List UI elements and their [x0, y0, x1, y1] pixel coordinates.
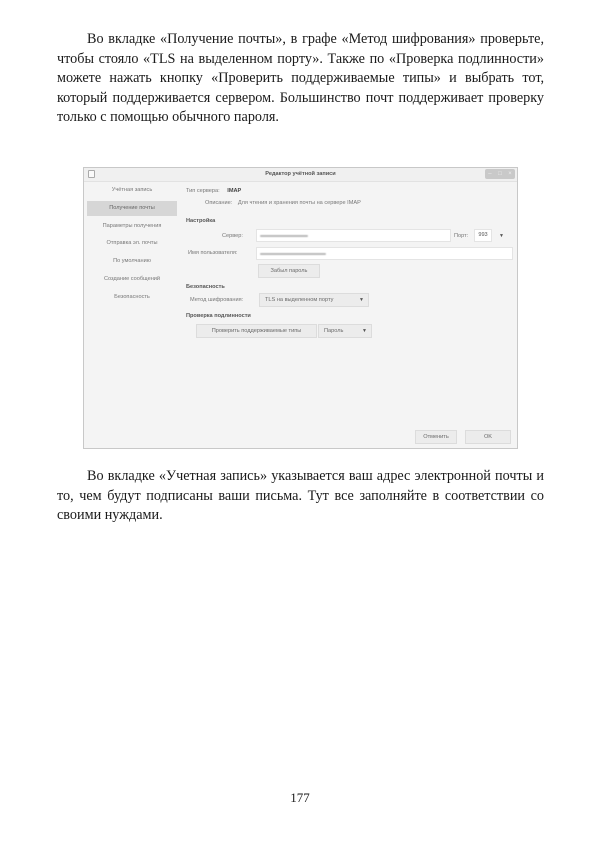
username-label: Имя пользователя: [188, 250, 237, 256]
chevron-down-icon: ▼ [362, 325, 367, 337]
check-supported-types-button[interactable]: Проверить поддерживаемые типы [196, 324, 317, 338]
encryption-method-dropdown[interactable]: TLS на выделенном порту ▼ [259, 293, 369, 307]
settings-heading: Настройка [186, 218, 215, 224]
sidebar-item-defaults[interactable]: По умолчанию [87, 254, 177, 269]
window-controls: – □ × [485, 169, 515, 179]
dialog-content: Тип сервера: IMAP Описание: Для чтения и… [182, 183, 513, 448]
server-type-label: Тип сервера: [186, 188, 220, 194]
close-icon[interactable]: × [508, 171, 512, 177]
page-number: 177 [0, 790, 600, 806]
cancel-button[interactable]: Отменить [415, 430, 457, 444]
minimize-icon[interactable]: – [488, 171, 491, 177]
sidebar-item-security[interactable]: Безопасность [87, 290, 177, 305]
username-input[interactable] [256, 247, 513, 260]
paragraph-account: Во вкладке «Учетная запись» указывается … [57, 467, 544, 526]
dialog-sidebar: Учётная запись Получение почты Параметры… [87, 183, 177, 308]
auth-method-value: Пароль [324, 328, 343, 334]
server-type-value: IMAP [227, 188, 241, 194]
sidebar-item-receiving-mail[interactable]: Получение почты [87, 201, 177, 216]
auth-method-dropdown[interactable]: Пароль ▼ [318, 324, 372, 338]
dialog-titlebar: Редактор учётной записи – □ × [84, 168, 517, 182]
encryption-label: Метод шифрования: [190, 297, 243, 303]
dialog-title: Редактор учётной записи [84, 171, 517, 177]
account-editor-dialog: Редактор учётной записи – □ × Учётная за… [83, 167, 518, 449]
port-input[interactable]: 993 [474, 229, 492, 242]
port-dropdown-arrow-icon[interactable]: ▼ [499, 233, 504, 239]
sidebar-item-receiving-options[interactable]: Параметры получения [87, 219, 177, 234]
description-label: Описание: [205, 200, 232, 206]
port-label: Порт: [454, 233, 468, 239]
server-input[interactable] [256, 229, 451, 242]
username-value-blurred [260, 253, 326, 255]
server-label: Сервер: [222, 233, 243, 239]
ok-button[interactable]: OK [465, 430, 511, 444]
sidebar-item-account[interactable]: Учётная запись [87, 183, 177, 198]
server-value-blurred [260, 235, 308, 237]
sidebar-item-sending-mail[interactable]: Отправка эл. почты [87, 236, 177, 251]
maximize-icon[interactable]: □ [498, 171, 502, 177]
forgot-password-button[interactable]: Забыл пароль [258, 264, 320, 278]
authentication-heading: Проверка подлинности [186, 313, 251, 319]
encryption-method-value: TLS на выделенном порту [265, 297, 333, 303]
security-heading: Безопасность [186, 284, 225, 290]
description-value: Для чтения и хранения почты на сервере I… [238, 200, 361, 206]
chevron-down-icon: ▼ [359, 294, 364, 306]
sidebar-item-composing[interactable]: Создание сообщений [87, 272, 177, 287]
paragraph-receiving-mail: Во вкладке «Получение почты», в графе «М… [57, 30, 544, 128]
